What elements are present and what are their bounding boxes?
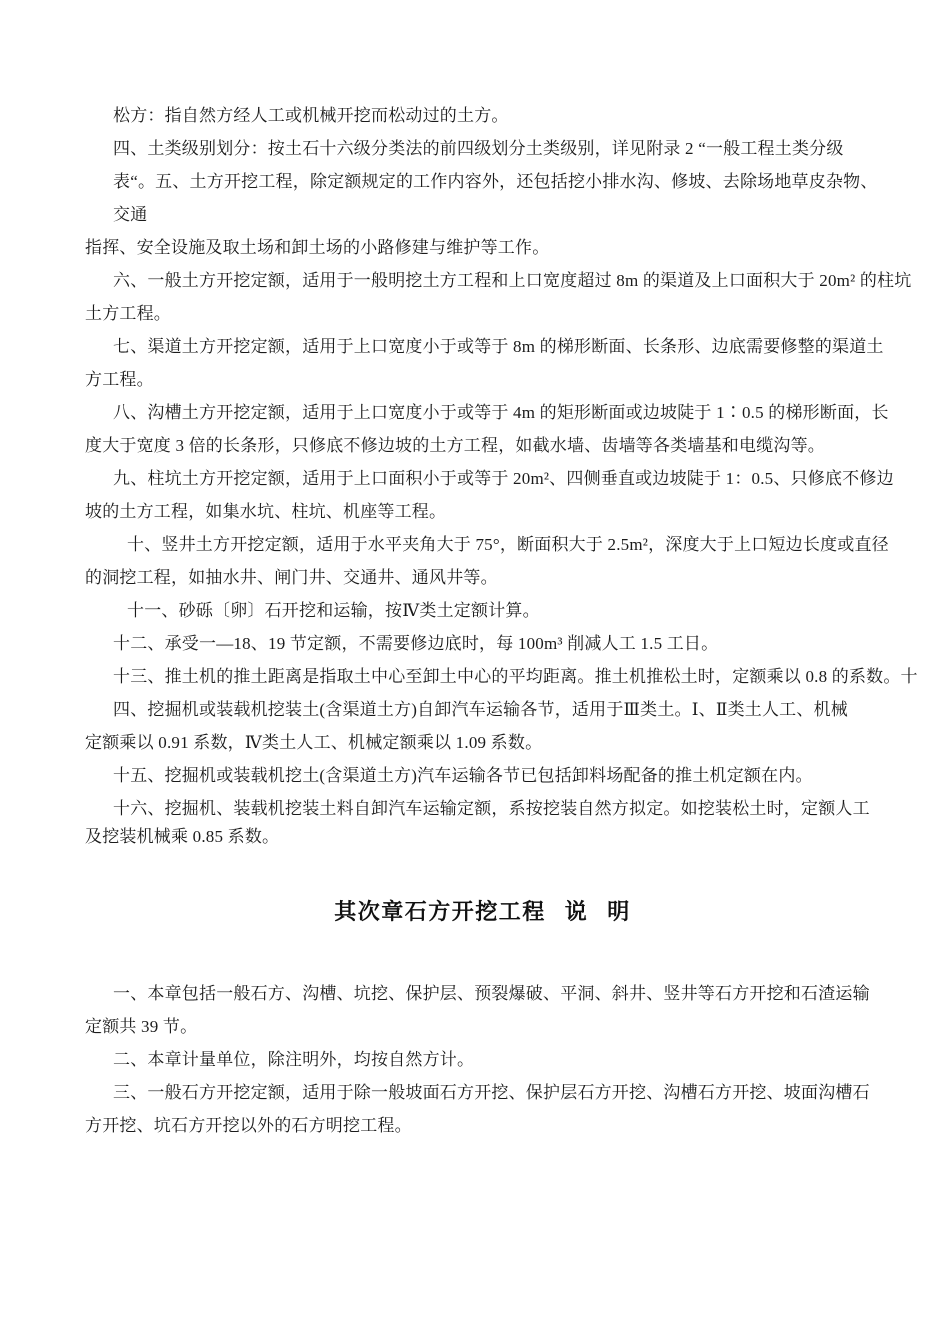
text-line: 十、竖井土方开挖定额，适用于水平夹角大于 75°，断面积大于 2.5m²，深度大… — [85, 528, 880, 561]
text-line: 的洞挖工程，如抽水井、闸门井、交通井、通风井等。 — [85, 561, 880, 594]
text-line: 十六、挖掘机、装载机挖装土料自卸汽车运输定额，系按挖装自然方拟定。如挖装松土时，… — [85, 792, 880, 825]
text-line: 二、本章计量单位，除注明外，均按自然方计。 — [85, 1043, 880, 1076]
text-line: 三、一般石方开挖定额，适用于除一般坡面石方开挖、保护层石方开挖、沟槽石方开挖、坡… — [85, 1076, 880, 1109]
text-line: 方工程。 — [85, 363, 880, 396]
text-line: 定额共 39 节。 — [85, 1010, 880, 1043]
text-line: 土方工程。 — [85, 297, 880, 330]
text-line: 表“。五、土方开挖工程，除定额规定的工作内容外，还包括挖小排水沟、修坡、去除场地… — [85, 165, 880, 198]
text-line: 一、本章包括一般石方、沟槽、坑挖、保护层、预裂爆破、平洞、斜井、竖井等石方开挖和… — [85, 977, 880, 1010]
text-line: 四、土类级别划分：按土石十六级分类法的前四级划分土类级别，详见附录 2 “一般工… — [85, 132, 880, 165]
text-line: 松方：指自然方经人工或机械开挖而松动过的土方。 — [85, 99, 880, 132]
text-line: 方开挖、坑石方开挖以外的石方明挖工程。 — [85, 1109, 880, 1142]
text-line: 交通 — [85, 198, 880, 231]
chapter-heading: 其次章石方开挖工程 说 明 — [85, 895, 880, 929]
text-line: 四、挖掘机或装载机挖装土(含渠道土方)自卸汽车运输各节，适用于Ⅲ类土。Ⅰ、Ⅱ类土… — [85, 693, 880, 726]
text-line: 度大于宽度 3 倍的长条形，只修底不修边坡的土方工程，如截水墙、齿墙等各类墙基和… — [85, 429, 880, 462]
text-line: 及挖装机械乘 0.85 系数。 — [85, 825, 880, 849]
text-line: 十一、砂砾〔卵〕石开挖和运输，按Ⅳ类土定额计算。 — [85, 594, 880, 627]
text-line: 十二、承受一—18、19 节定额，不需要修边底时，每 100m³ 削减人工 1.… — [85, 627, 880, 660]
text-line: 九、柱坑土方开挖定额，适用于上口面积小于或等于 20m²、四侧垂直或边坡陡于 1… — [85, 462, 880, 495]
document-page: 松方：指自然方经人工或机械开挖而松动过的土方。四、土类级别划分：按土石十六级分类… — [0, 0, 950, 1344]
text-line: 定额乘以 0.91 系数，Ⅳ类土人工、机械定额乘以 1.09 系数。 — [85, 726, 880, 759]
text-line: 八、沟槽土方开挖定额，适用于上口宽度小于或等于 4m 的矩形断面或边坡陡于 1∶… — [85, 396, 880, 429]
text-line: 坡的土方工程，如集水坑、柱坑、机座等工程。 — [85, 495, 880, 528]
text-line: 十三、推土机的推土距离是指取土中心至卸土中心的平均距离。推土机推松土时，定额乘以… — [85, 660, 880, 693]
text-line: 七、渠道土方开挖定额，适用于上口宽度小于或等于 8m 的梯形断面、长条形、边底需… — [85, 330, 880, 363]
text-line: 六、一般土方开挖定额，适用于一般明挖土方工程和上口宽度超过 8m 的渠道及上口面… — [85, 264, 880, 297]
text-line: 指挥、安全设施及取土场和卸土场的小路修建与维护等工作。 — [85, 231, 880, 264]
document-body: 松方：指自然方经人工或机械开挖而松动过的土方。四、土类级别划分：按土石十六级分类… — [85, 99, 880, 1142]
text-line: 十五、挖掘机或装载机挖土(含渠道土方)汽车运输各节已包括卸料场配备的推土机定额在… — [85, 759, 880, 792]
